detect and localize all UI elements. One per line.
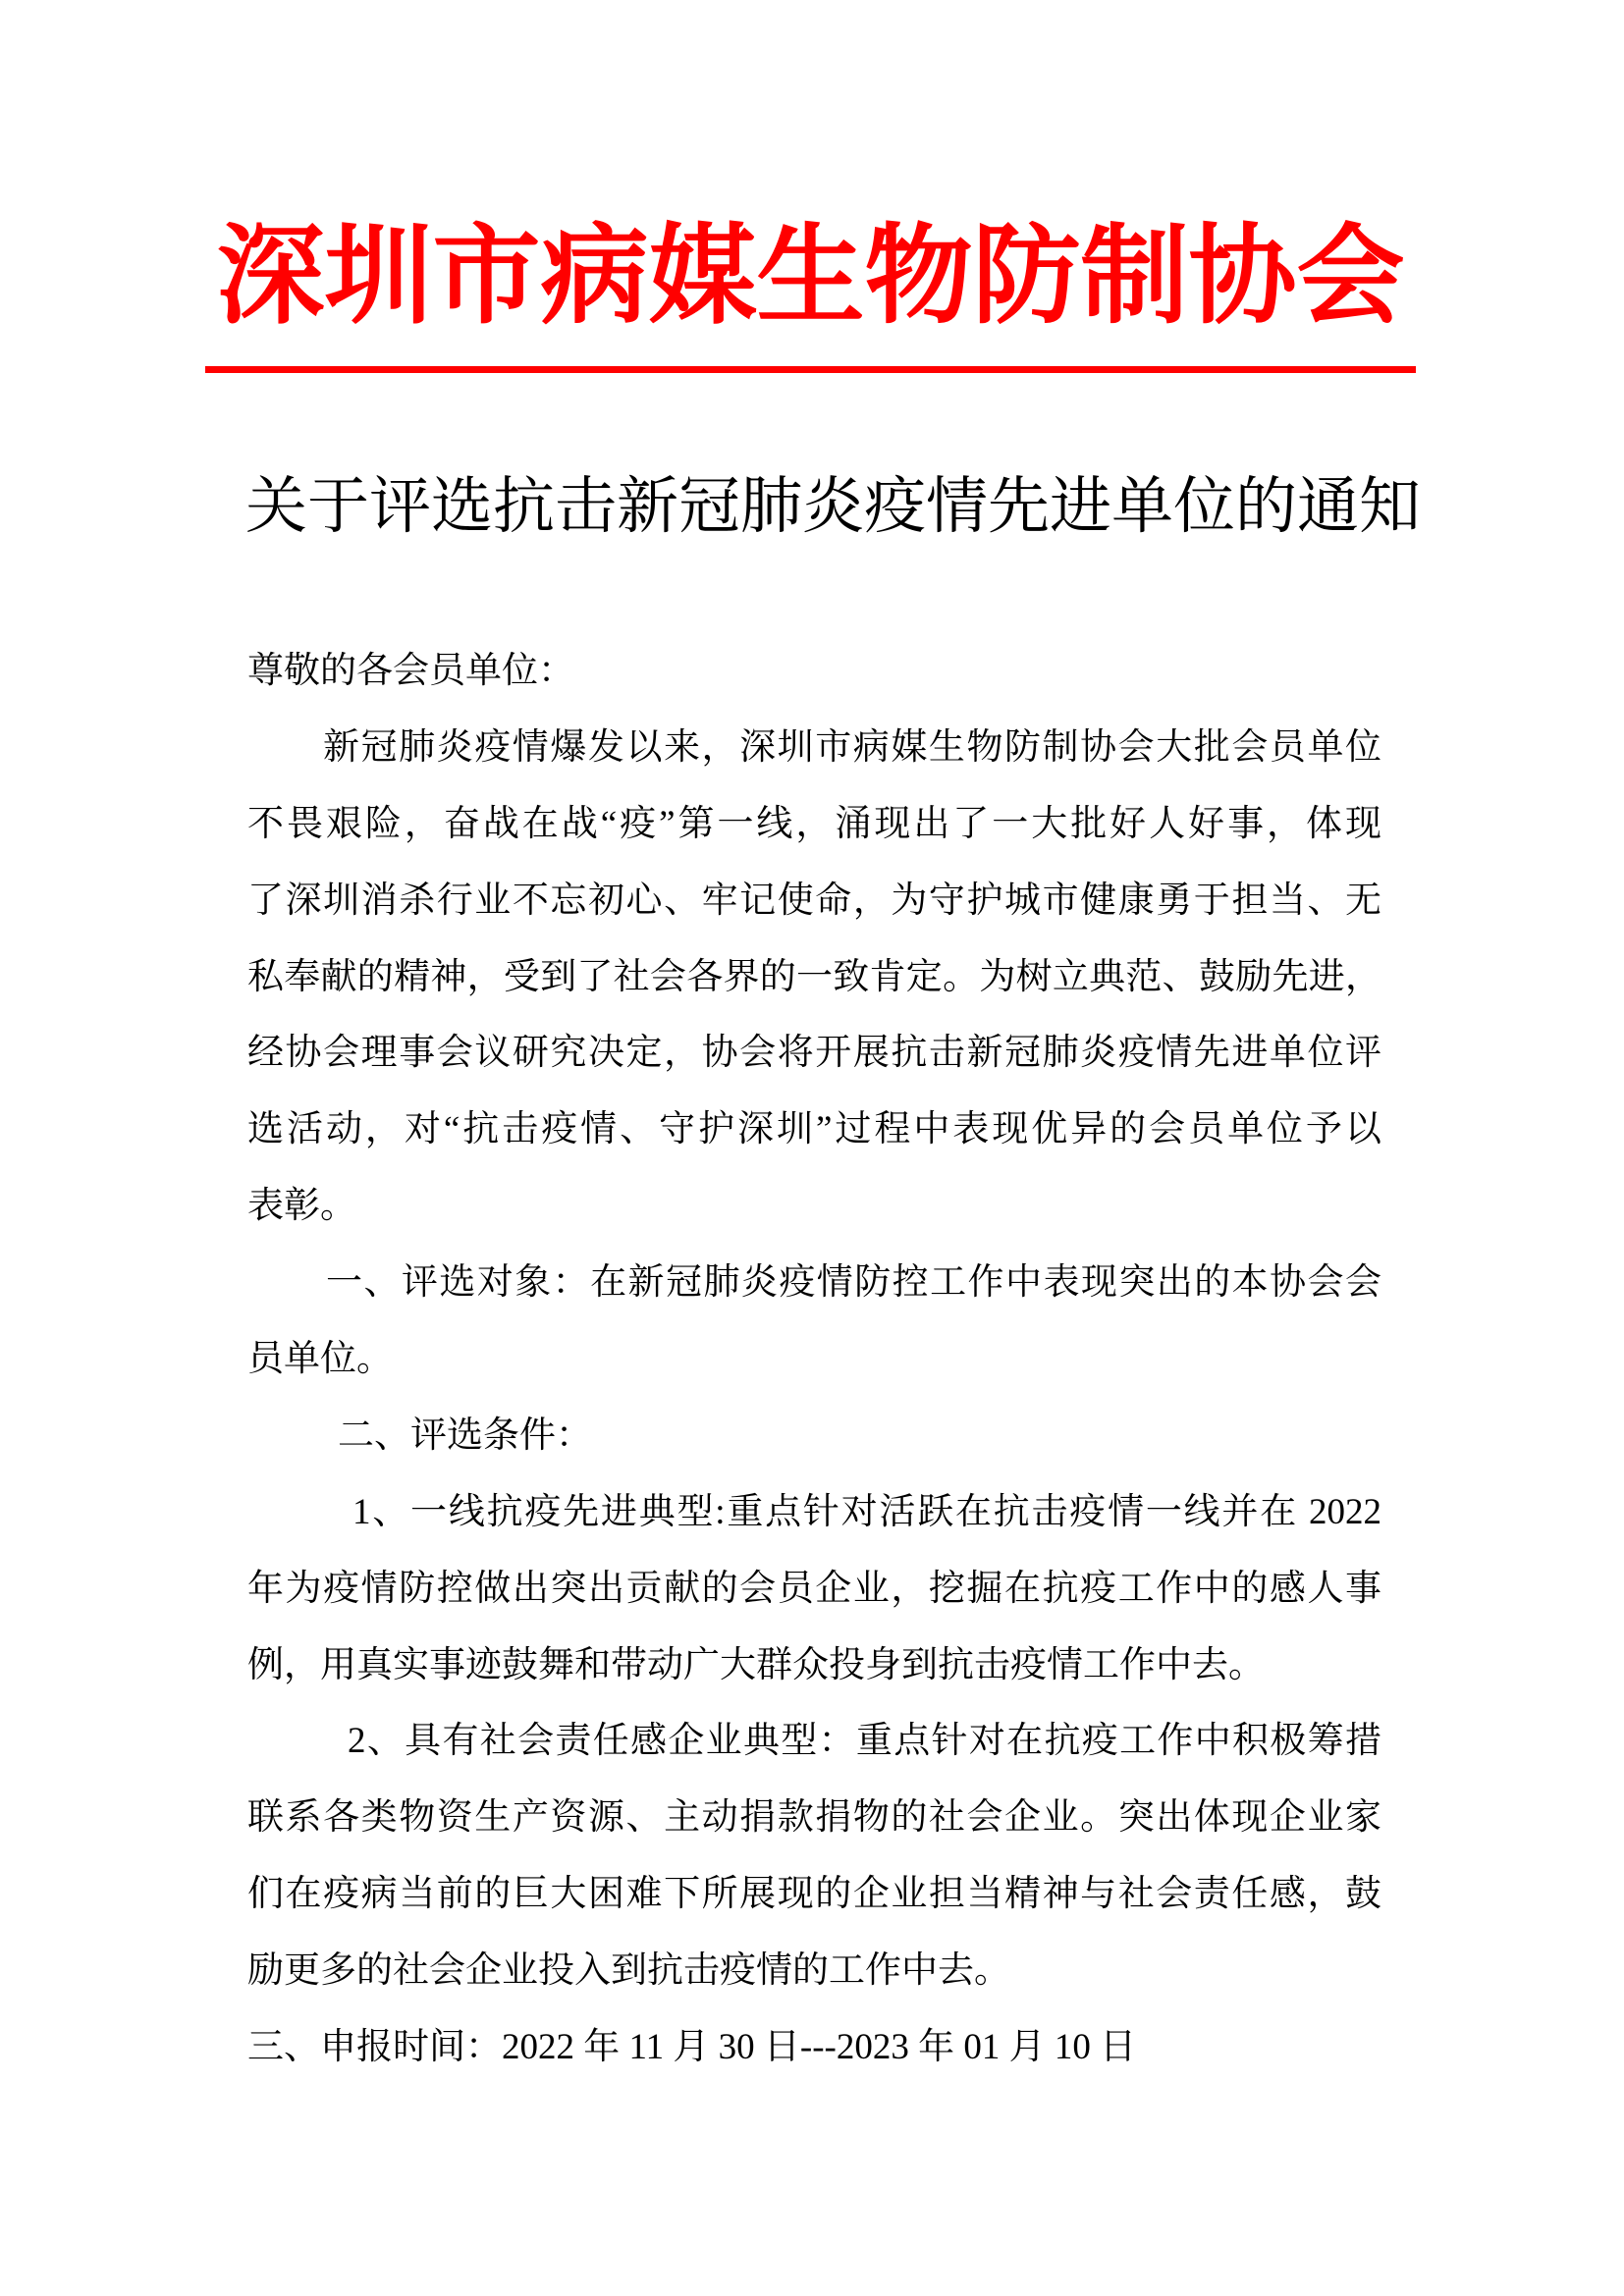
notice-document-page: 深圳市病媒生物防制协会 关于评选抗击新冠肺炎疫情先进单位的通知 尊敬的各会员单位… <box>0 0 1624 2296</box>
body-text-line: 们在疫病当前的巨大困难下所展现的企业担当精神与社会责任感，鼓 <box>247 1856 1381 1933</box>
body-text-line: 选活动，对“抗击疫情、守护深圳”过程中表现优异的会员单位予以 <box>247 1092 1381 1168</box>
body-text-line: 年为疫情防控做出突出贡献的会员企业，挖掘在抗疫工作中的感人事 <box>247 1551 1381 1628</box>
document-body: 尊敬的各会员单位：新冠肺炎疫情爆发以来，深圳市病媒生物防制协会大批会员单位不畏艰… <box>247 633 1381 2086</box>
body-text-line: 了深圳消杀行业不忘初心、牢记使命，为守护城市健康勇于担当、无 <box>247 863 1381 939</box>
red-divider-line <box>205 366 1416 373</box>
body-text-line: 表彰。 <box>247 1168 1381 1245</box>
document-title: 关于评选抗击新冠肺炎疫情先进单位的通知 <box>245 457 1380 556</box>
body-text-line: 尊敬的各会员单位： <box>247 633 1381 710</box>
body-text-line: 2、具有社会责任感企业典型：重点针对在抗疫工作中积极筹措 <box>247 1703 1381 1780</box>
association-name-heading: 深圳市病媒生物防制协会 <box>205 218 1416 336</box>
body-text-line: 不畏艰险，奋战在战“疫”第一线，涌现出了一大批好人好事，体现 <box>247 786 1381 863</box>
body-text-line: 1、一线抗疫先进典型:重点针对活跃在抗击疫情一线并在 2022 <box>247 1474 1381 1551</box>
body-text-line: 员单位。 <box>247 1321 1381 1398</box>
body-text-line: 二、评选条件： <box>247 1398 1381 1474</box>
body-text-line: 三、申报时间：2022 年 11 月 30 日---2023 年 01 月 10… <box>247 2009 1381 2086</box>
body-text-line: 例，用真实事迹鼓舞和带动广大群众投身到抗击疫情工作中去。 <box>247 1628 1381 1704</box>
body-text-line: 私奉献的精神，受到了社会各界的一致肯定。为树立典范、鼓励先进， <box>247 939 1381 1016</box>
body-text-line: 联系各类物资生产资源、主动捐款捐物的社会企业。突出体现企业家 <box>247 1780 1381 1856</box>
body-text-line: 新冠肺炎疫情爆发以来，深圳市病媒生物防制协会大批会员单位 <box>247 710 1381 786</box>
body-text-line: 一、评选对象：在新冠肺炎疫情防控工作中表现突出的本协会会 <box>247 1245 1381 1321</box>
body-text-line: 励更多的社会企业投入到抗击疫情的工作中去。 <box>247 1933 1381 2009</box>
body-text-line: 经协会理事会议研究决定，协会将开展抗击新冠肺炎疫情先进单位评 <box>247 1015 1381 1092</box>
